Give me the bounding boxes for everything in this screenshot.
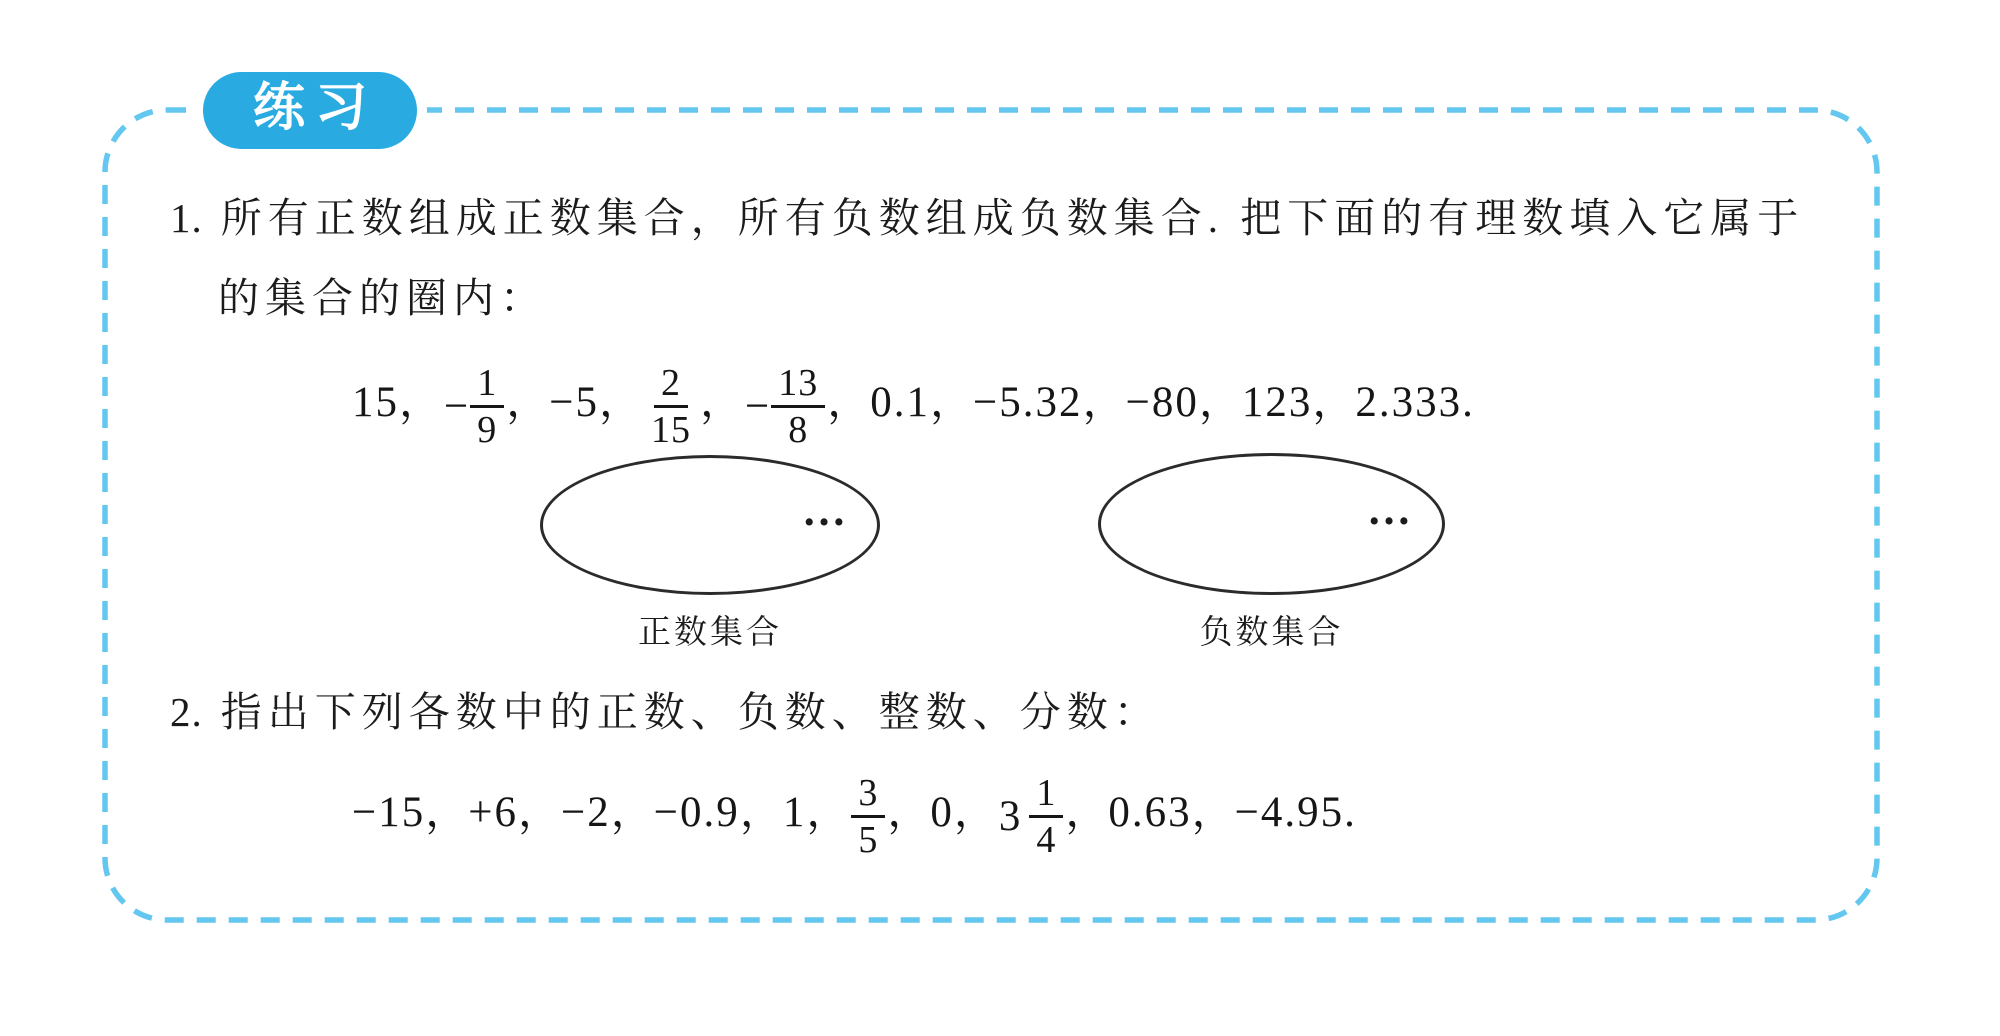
negative-set-ellipse: …: [1098, 453, 1445, 595]
fraction-denominator: 15: [644, 408, 698, 452]
number-separator: ，: [518, 789, 561, 836]
number-value: −5: [549, 379, 599, 426]
fraction: 35: [851, 771, 885, 862]
problem-1-text-1: 所有正数组成正数集合，所有负数组成负数集合. 把下面的有理数填入它属于: [221, 194, 1805, 243]
number-value: 15: [352, 379, 399, 426]
fraction-numerator: 1: [1029, 771, 1063, 818]
number-separator: ，: [700, 379, 743, 426]
number-value: −0.9: [654, 789, 740, 836]
fraction-stack: 14: [1029, 771, 1063, 862]
number-separator: ，: [1083, 379, 1126, 426]
number-value: 1: [783, 789, 807, 836]
problem-1-line-1: 1. 所有正数组成正数集合，所有负数组成负数集合. 把下面的有理数填入它属于: [170, 194, 1804, 243]
number-separator: ，: [1199, 379, 1242, 426]
number-separator: ，: [1065, 789, 1108, 836]
number-value: +6: [468, 789, 518, 836]
problem-1-number: 1.: [170, 194, 203, 243]
number-value: 2.333: [1355, 379, 1462, 426]
number-separator: ，: [827, 379, 870, 426]
problem-1-line-2: 的集合的圈内：: [218, 274, 547, 323]
problem-1-text-2: 的集合的圈内：: [218, 274, 547, 323]
number-separator: ，: [887, 789, 930, 836]
fraction: −19: [444, 361, 504, 452]
problem-2-number: 2.: [170, 688, 203, 737]
number-value: −15: [352, 789, 425, 836]
mixed-number-whole: 3: [999, 792, 1021, 841]
number-value: 0.1: [870, 379, 930, 426]
number-separator: ，: [740, 789, 783, 836]
list-terminator: .: [1462, 379, 1473, 426]
fraction-sign: −: [444, 382, 468, 431]
fraction-numerator: 1: [470, 361, 504, 408]
fraction-denominator: 4: [1029, 818, 1063, 862]
number-separator: ，: [930, 379, 973, 426]
problem-2-line-1: 2. 指出下列各数中的正数、负数、整数、分数：: [170, 688, 1161, 737]
fraction-stack: 35: [851, 771, 885, 862]
fraction-stack: 215: [644, 361, 698, 452]
fraction-denominator: 9: [470, 408, 504, 452]
positive-set-ellipsis: …: [802, 485, 849, 536]
fraction-stack: 138: [771, 361, 825, 452]
number-value: 0.63: [1108, 789, 1191, 836]
fraction-stack: 19: [470, 361, 504, 452]
number-value: −4.95: [1235, 789, 1345, 836]
number-value: 123: [1242, 379, 1313, 426]
problem-2-numbers: −15，+6，−2，−0.9，1，35，0，314，0.63，−4.95.: [352, 758, 1355, 868]
positive-set-ellipse: …: [540, 455, 880, 595]
fraction: 215: [644, 361, 698, 452]
positive-set-label: 正数集合: [540, 606, 880, 653]
mixed-number: 314: [999, 771, 1064, 862]
fraction-numerator: 3: [851, 771, 885, 818]
number-separator: ，: [611, 789, 654, 836]
number-separator: ，: [806, 789, 849, 836]
problem-1-numbers: 15，−19，−5，215，−138，0.1，−5.32，−80，123，2.3…: [352, 348, 1473, 458]
number-separator: ，: [399, 379, 442, 426]
number-separator: ，: [1192, 789, 1235, 836]
number-separator: ，: [599, 379, 642, 426]
number-separator: ，: [954, 789, 997, 836]
number-value: 0: [930, 789, 954, 836]
problem-2-text-1: 指出下列各数中的正数、负数、整数、分数：: [221, 688, 1161, 737]
number-separator: ，: [425, 789, 468, 836]
number-value: −2: [561, 789, 611, 836]
number-value: −5.32: [973, 379, 1083, 426]
textbook-exercise-page: 练习 1. 所有正数组成正数集合，所有负数组成负数集合. 把下面的有理数填入它属…: [0, 0, 2000, 1036]
list-terminator: .: [1344, 789, 1355, 836]
practice-badge-label: 练习: [253, 79, 377, 137]
fraction: −138: [745, 361, 825, 452]
practice-badge: 练习: [193, 62, 427, 159]
number-value: −80: [1126, 379, 1199, 426]
negative-set-ellipsis: …: [1367, 484, 1414, 535]
fraction-denominator: 8: [781, 408, 815, 452]
number-separator: ，: [1312, 379, 1355, 426]
fraction-denominator: 5: [851, 818, 885, 862]
fraction-numerator: 2: [654, 361, 688, 408]
fraction-sign: −: [745, 382, 769, 431]
number-separator: ，: [506, 379, 549, 426]
fraction-numerator: 13: [771, 361, 825, 408]
negative-set-label: 负数集合: [1098, 606, 1445, 653]
